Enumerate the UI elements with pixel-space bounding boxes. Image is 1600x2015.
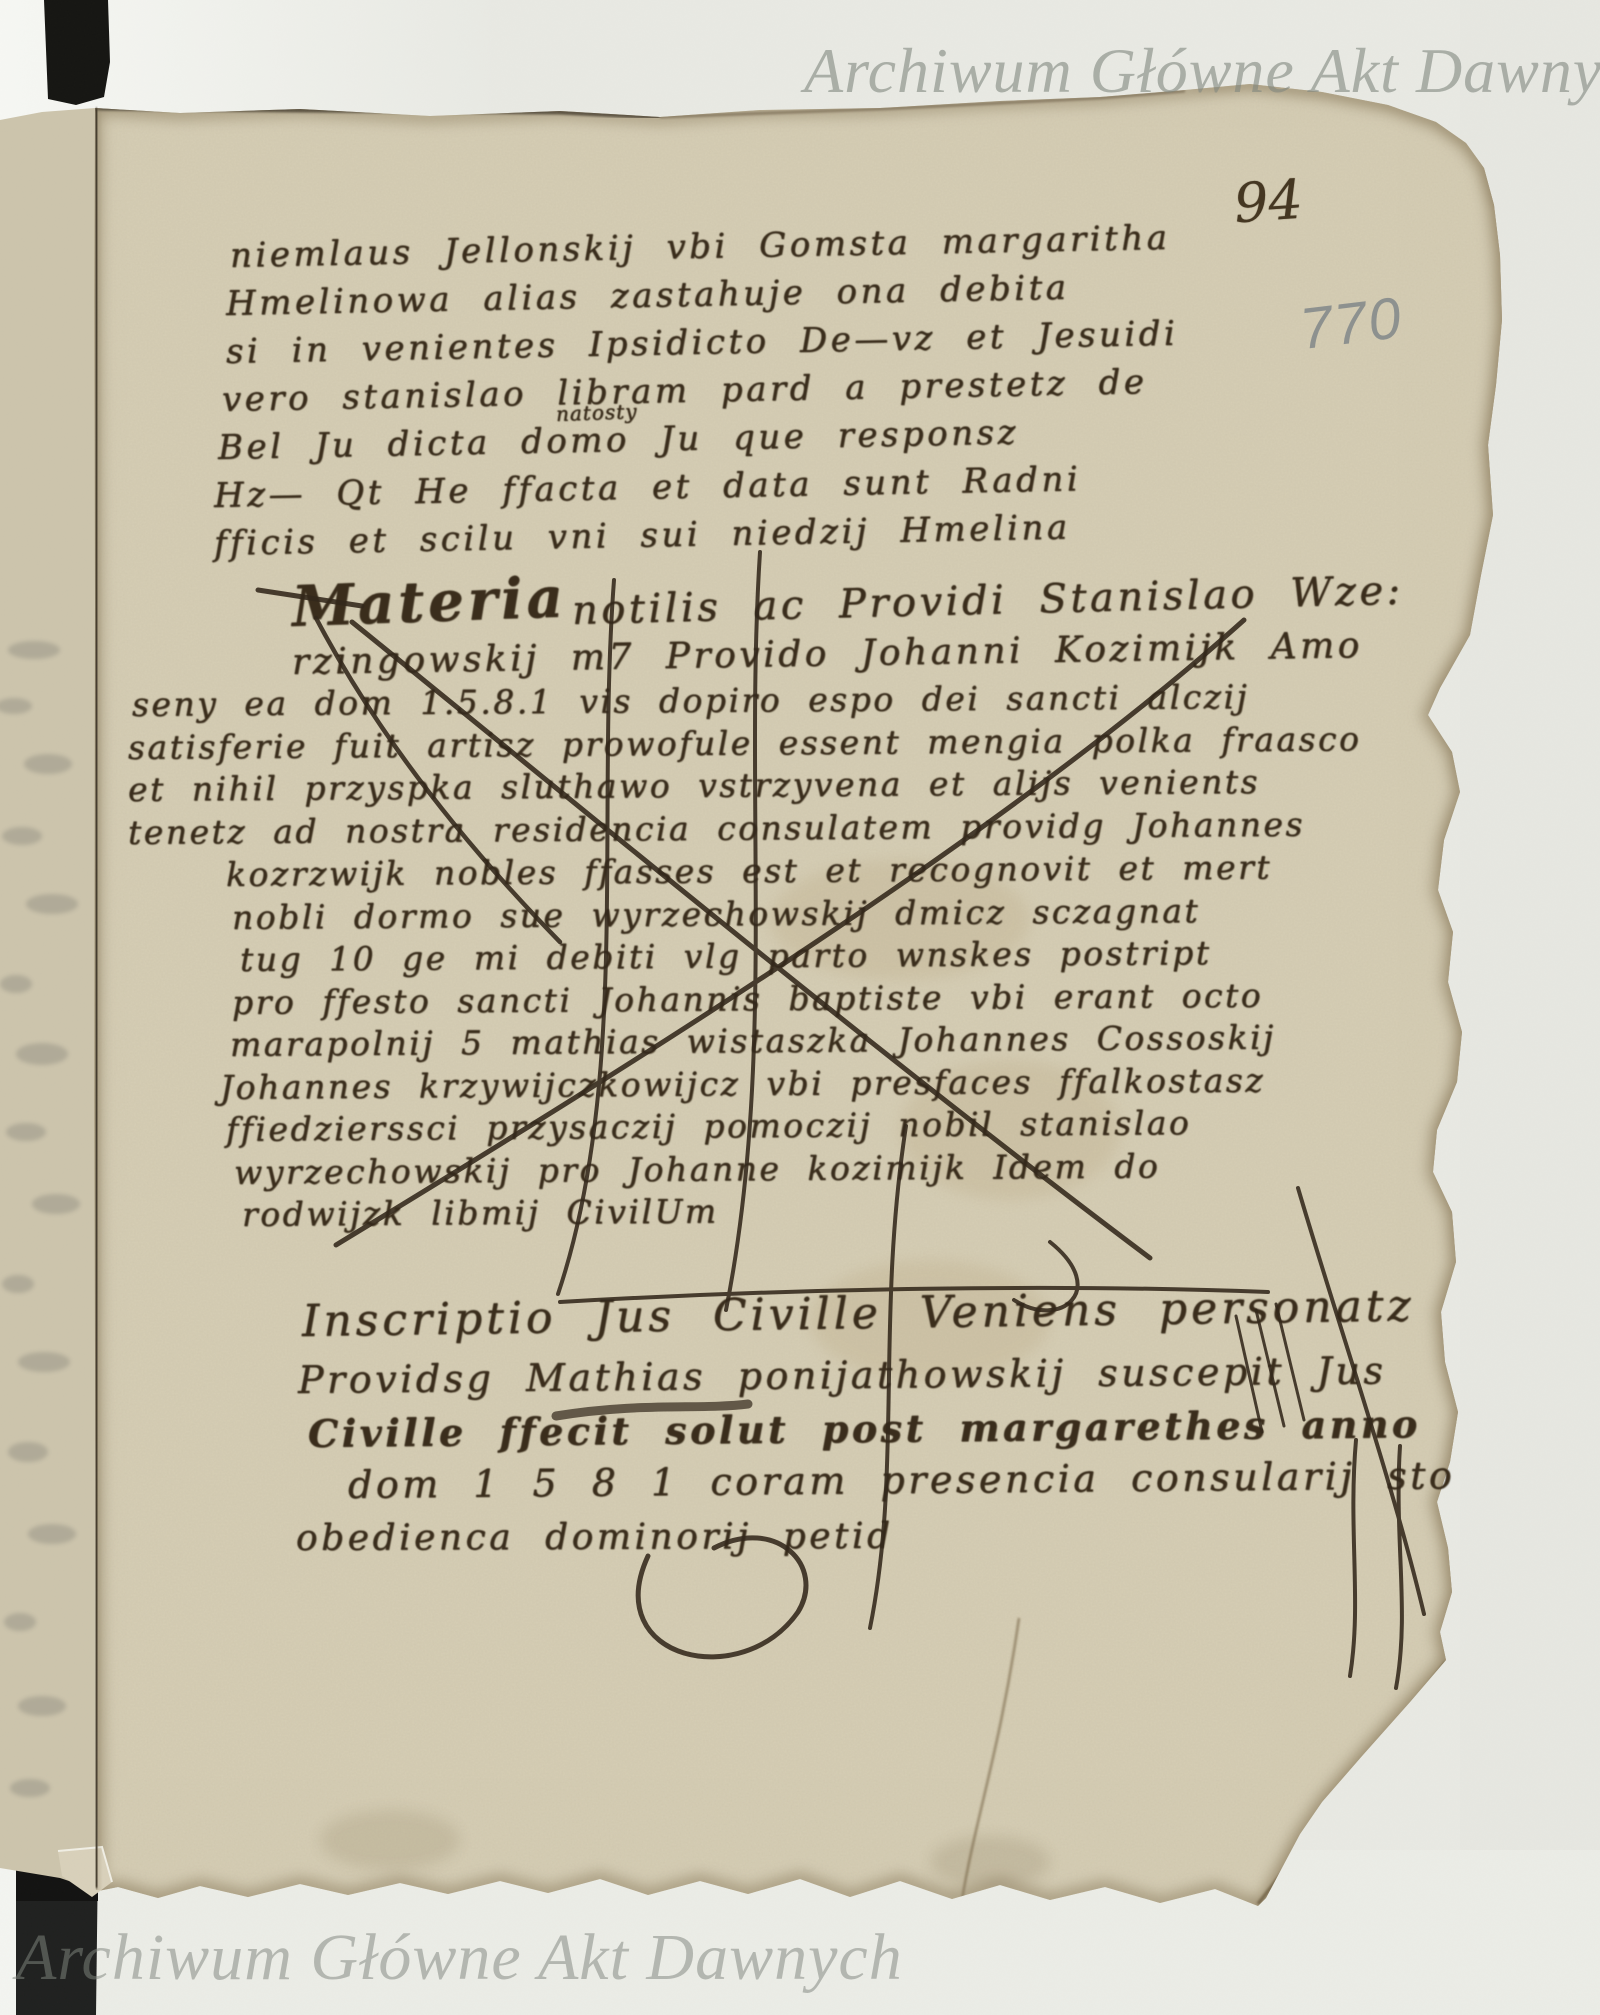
ink-crossout-strokes	[0, 0, 1600, 2015]
archive-scan: { "archive_watermark": { "text": "Archiw…	[0, 0, 1600, 2015]
